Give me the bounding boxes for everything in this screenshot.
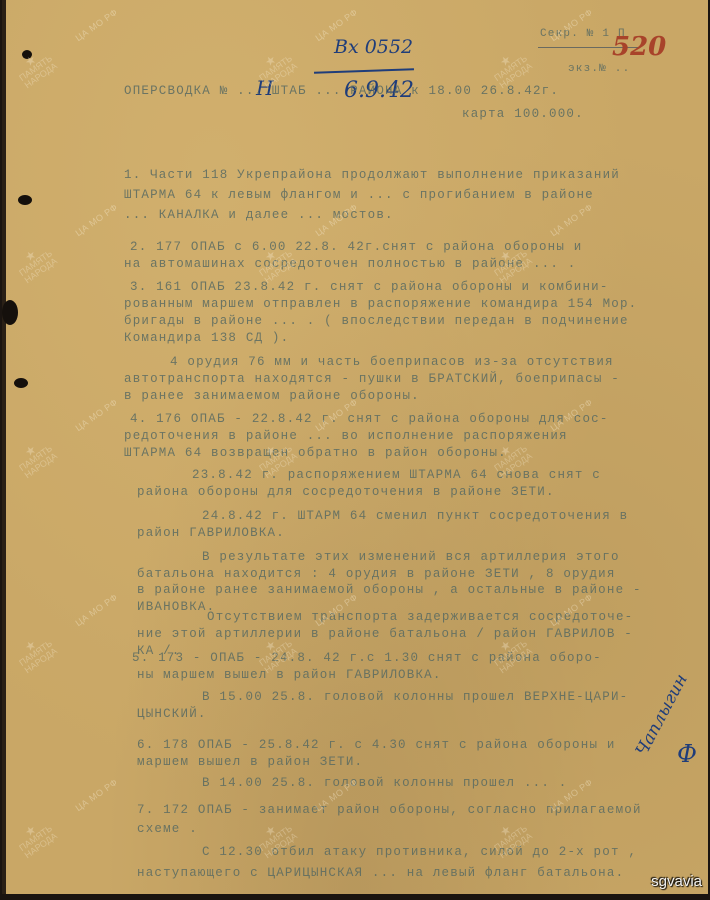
typed-line: 7. 172 ОПАБ - занимает район обороны, со… bbox=[137, 803, 642, 817]
incoming-number: Вх 0552 bbox=[334, 36, 413, 58]
typed-line: 4 орудия 76 мм и часть боеприпасов из-за… bbox=[170, 355, 614, 369]
handwritten-rule bbox=[314, 68, 414, 73]
project-watermark: ★ПАМЯТЬНАРОДА bbox=[13, 242, 60, 286]
typed-line: бригады в районе ... . ( впоследствии пе… bbox=[124, 314, 629, 328]
typed-line: рованным маршем отправлен в распоряжение… bbox=[124, 297, 637, 311]
project-watermark: ★ПАМЯТЬНАРОДА bbox=[13, 437, 60, 481]
document-scan: Вх 0552 6.9.42 Н Секр. № 1 П 520 экз.№ .… bbox=[2, 0, 708, 894]
typed-line: Командира 138 СД ). bbox=[124, 331, 289, 345]
punch-hole bbox=[2, 300, 18, 325]
copy-label: экз.№ .. bbox=[568, 63, 630, 75]
typed-line: ЦЫНСКИЙ. bbox=[137, 707, 207, 721]
typed-line: ШТАРМА 64 к левым флангом и ... с прогиб… bbox=[124, 188, 594, 202]
project-watermark: ★ПАМЯТЬНАРОДА bbox=[13, 47, 60, 91]
archive-watermark: ЦА МО РФ bbox=[74, 397, 120, 433]
project-watermark: ★ПАМЯТЬНАРОДА bbox=[13, 632, 60, 676]
typed-line: в ранее занимаемом районе обороны. bbox=[124, 389, 420, 403]
typed-line: ние этой артиллерии в районе батальона /… bbox=[137, 627, 633, 641]
typed-line: 4. 176 ОПАБ - 22.8.42 г. снят с района о… bbox=[130, 412, 609, 426]
typed-line: наступающего с ЦАРИЦЫНСКАЯ ... на левый … bbox=[137, 866, 624, 880]
page-edge bbox=[2, 0, 6, 894]
punch-hole bbox=[14, 378, 28, 388]
scan-border bbox=[0, 894, 710, 900]
typed-line: 23.8.42 г. распоряжением ШТАРМА 64 снова… bbox=[192, 468, 601, 482]
punch-hole bbox=[18, 195, 32, 205]
typed-line: район ГАВРИЛОВКА. bbox=[137, 526, 285, 540]
typed-line: 3. 161 ОПАБ 23.8.42 г. снят с района обо… bbox=[130, 280, 609, 294]
typed-line: ШТАРМА 64 возвращен обратно в район обор… bbox=[124, 446, 507, 460]
typed-line: схеме . bbox=[137, 822, 198, 836]
archive-watermark: ЦА МО РФ bbox=[74, 7, 120, 43]
typed-line: 24.8.42 г. ШТАРМ 64 сменил пункт сосредо… bbox=[202, 509, 628, 523]
source-credit: sgvavia bbox=[651, 873, 702, 890]
typed-line: автотранспорта находятся - пушки в БРАТС… bbox=[124, 372, 620, 386]
typed-line: района обороны для сосредоточения в райо… bbox=[137, 485, 555, 499]
typed-line: В 14.00 25.8. головой колонны прошел ...… bbox=[202, 776, 567, 790]
typed-line: в районе ранее занимаемой обороны , а ос… bbox=[137, 583, 642, 597]
typed-line: 6. 178 ОПАБ - 25.8.42 г. с 4.30 снят с р… bbox=[137, 738, 616, 752]
document-title: ОПЕРСВОДКА № ... ШТАБ ... РАЙОНА к 18.00… bbox=[124, 84, 559, 98]
typed-line: батальона находится : 4 орудия в районе … bbox=[137, 567, 616, 581]
typed-line: маршем вышел в район ЗЕТИ. bbox=[137, 755, 363, 769]
typed-line: ИВАНОВКА. bbox=[137, 600, 215, 614]
archive-watermark: ЦА МО РФ bbox=[74, 592, 120, 628]
typed-line: ны маршем вышел в район ГАВРИЛОВКА. bbox=[137, 668, 442, 682]
project-watermark: ★ПАМЯТЬНАРОДА bbox=[13, 817, 60, 861]
typed-line: В результате этих изменений вся артиллер… bbox=[202, 550, 620, 564]
archive-watermark: ЦА МО РФ bbox=[549, 202, 595, 238]
typed-line: редоточения в районе ... во исполнение р… bbox=[124, 429, 568, 443]
map-reference: карта 100.000. bbox=[462, 107, 584, 121]
archive-watermark: ЦА МО РФ bbox=[74, 202, 120, 238]
margin-initials: Ф bbox=[677, 740, 697, 768]
typed-line: 1. Части 118 Укрепрайона продолжают выпо… bbox=[124, 168, 620, 182]
typed-line: В 15.00 25.8. головой колонны прошел ВЕР… bbox=[202, 690, 628, 704]
sheet-number: 520 bbox=[612, 32, 666, 62]
archive-watermark: ЦА МО РФ bbox=[74, 777, 120, 813]
